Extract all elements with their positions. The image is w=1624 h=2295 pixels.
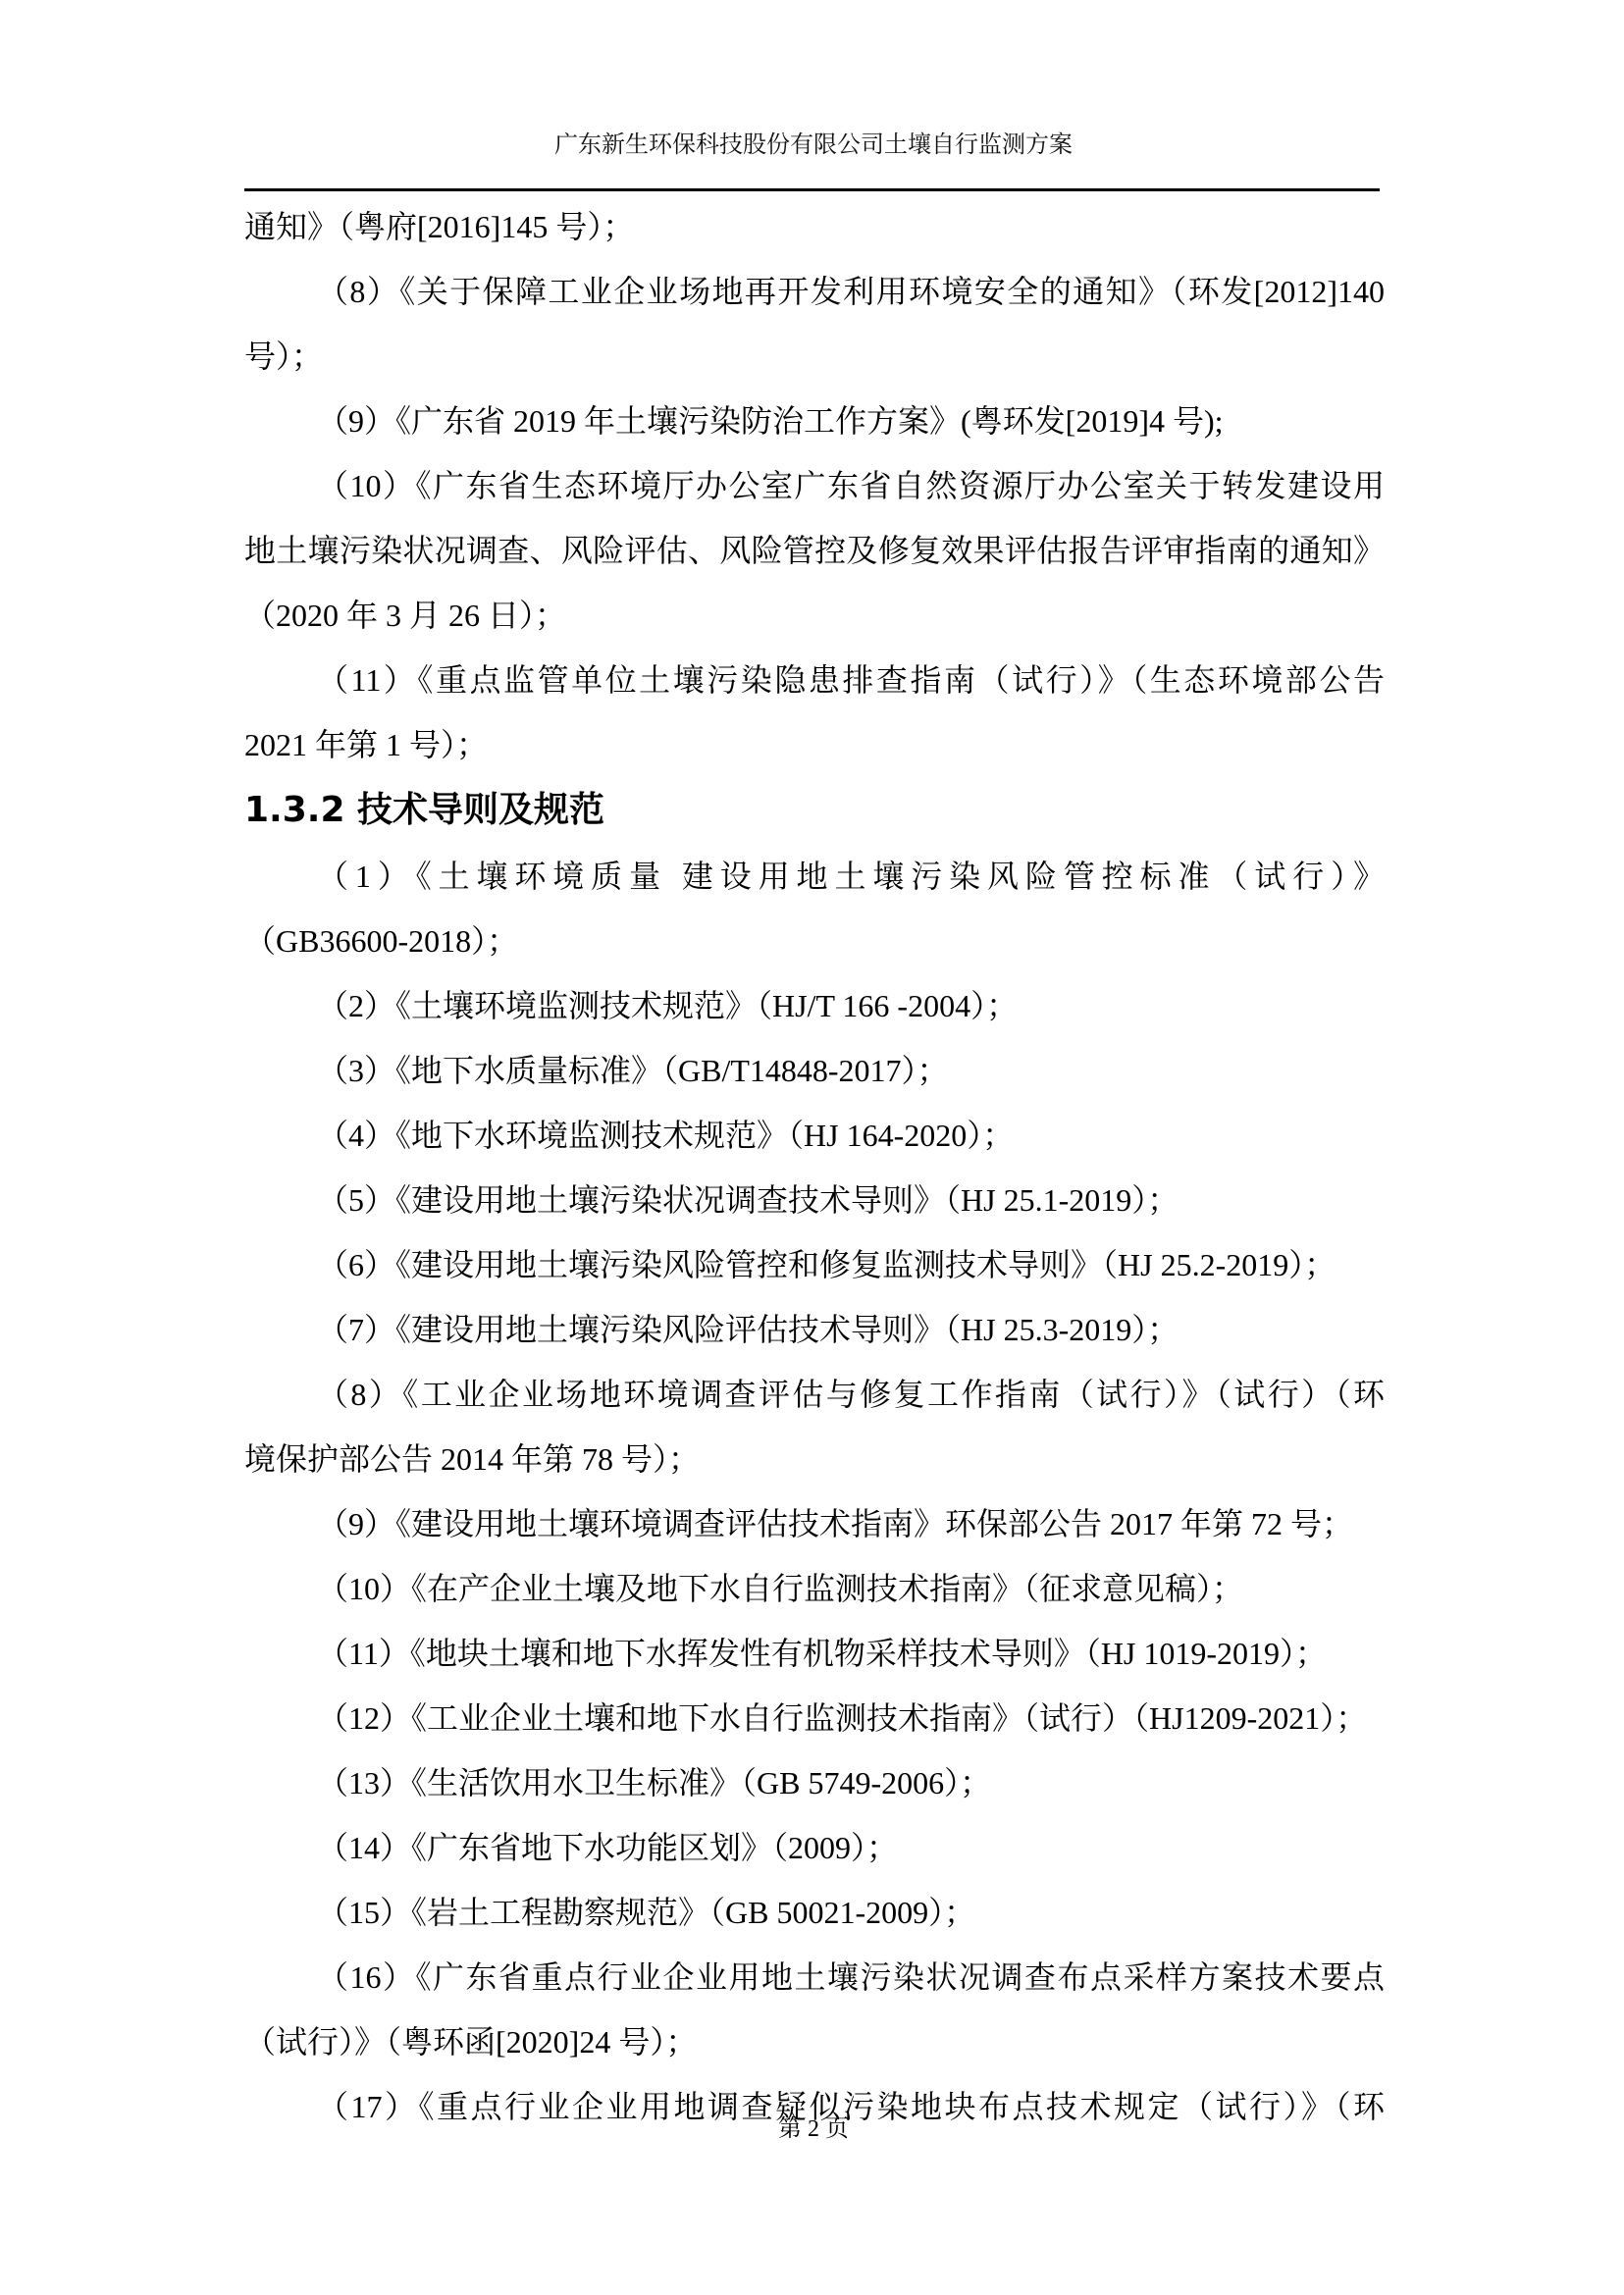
standard-item-10: （10）《在产企业土壤及地下水自行监测技术指南》（征求意见稿）； bbox=[244, 1556, 1385, 1621]
standard-item-3: （3）《地下水质量标准》（GB/T14848-2017）； bbox=[244, 1038, 1385, 1103]
text-line: 通知》（粤府[2016]145 号）； bbox=[244, 194, 1385, 259]
standard-item-13: （13）《生活饮用水卫生标准》（GB 5749-2006）； bbox=[244, 1750, 1385, 1815]
page-number: 第 2 页 bbox=[244, 2110, 1383, 2149]
list-item-9: （9）《广东省 2019 年土壤污染防治工作方案》(粤环发[2019]4 号); bbox=[244, 389, 1385, 453]
standard-item-7: （7）《建设用地土壤污染风险评估技术导则》（HJ 25.3-2019）； bbox=[244, 1297, 1385, 1362]
section-heading: 1.3.2 技术导则及规范 bbox=[244, 777, 1385, 844]
standard-item-9: （9）《建设用地土壤环境调查评估技术指南》环保部公告 2017 年第 72 号； bbox=[244, 1491, 1385, 1556]
standard-item-12: （12）《工业企业土壤和地下水自行监测技术指南》（试行）（HJ1209-2021… bbox=[244, 1686, 1385, 1750]
text-line: （GB36600-2018）； bbox=[244, 909, 1385, 973]
standard-item-5: （5）《建设用地土壤污染状况调查技术导则》（HJ 25.1-2019）； bbox=[244, 1168, 1385, 1232]
text-line: 号）； bbox=[244, 324, 1385, 389]
text-line: （试行）》（粤环函[2020]24 号）； bbox=[244, 2009, 1385, 2074]
list-item-11: （11）《重点监管单位土壤污染隐患排查指南（试行）》（生态环境部公告 bbox=[244, 648, 1385, 712]
text-line: 地土壤污染状况调查、风险评估、风险管控及修复效果评估报告评审指南的通知》 bbox=[244, 518, 1385, 583]
list-item-10: （10）《广东省生态环境厅办公室广东省自然资源厅办公室关于转发建设用 bbox=[244, 453, 1385, 518]
standard-item-11: （11）《地块土壤和地下水挥发性有机物采样技术导则》（HJ 1019-2019）… bbox=[244, 1621, 1385, 1686]
standard-item-4: （4）《地下水环境监测技术规范》（HJ 164-2020）； bbox=[244, 1103, 1385, 1168]
standard-item-14: （14）《广东省地下水功能区划》（2009）； bbox=[244, 1815, 1385, 1880]
standard-item-1: （1）《土壤环境质量 建设用地土壤污染风险管控标准（试行）》 bbox=[244, 844, 1385, 909]
header-divider bbox=[244, 188, 1380, 191]
standard-item-8: （8）《工业企业场地环境调查评估与修复工作指南（试行）》（试行）（环 bbox=[244, 1362, 1385, 1427]
text-line: 2021 年第 1 号）； bbox=[244, 712, 1385, 777]
list-item-8: （8）《关于保障工业企业场地再开发利用环境安全的通知》（环发[2012]140 bbox=[244, 259, 1385, 324]
text-line: （2020 年 3 月 26 日）； bbox=[244, 583, 1385, 648]
standard-item-15: （15）《岩土工程勘察规范》（GB 50021-2009）； bbox=[244, 1880, 1385, 1945]
document-body: 通知》（粤府[2016]145 号）； （8）《关于保障工业企业场地再开发利用环… bbox=[244, 194, 1385, 2139]
standard-item-2: （2）《土壤环境监测技术规范》（HJ/T 166 -2004）； bbox=[244, 973, 1385, 1038]
text-line: 境保护部公告 2014 年第 78 号）； bbox=[244, 1427, 1385, 1491]
standard-item-6: （6）《建设用地土壤污染风险管控和修复监测技术导则》（HJ 25.2-2019）… bbox=[244, 1232, 1385, 1297]
page-header: 广东新生环保科技股份有限公司土壤自行监测方案 bbox=[244, 126, 1383, 165]
standard-item-16: （16）《广东省重点行业企业用地土壤污染状况调查布点采样方案技术要点 bbox=[244, 1945, 1385, 2009]
